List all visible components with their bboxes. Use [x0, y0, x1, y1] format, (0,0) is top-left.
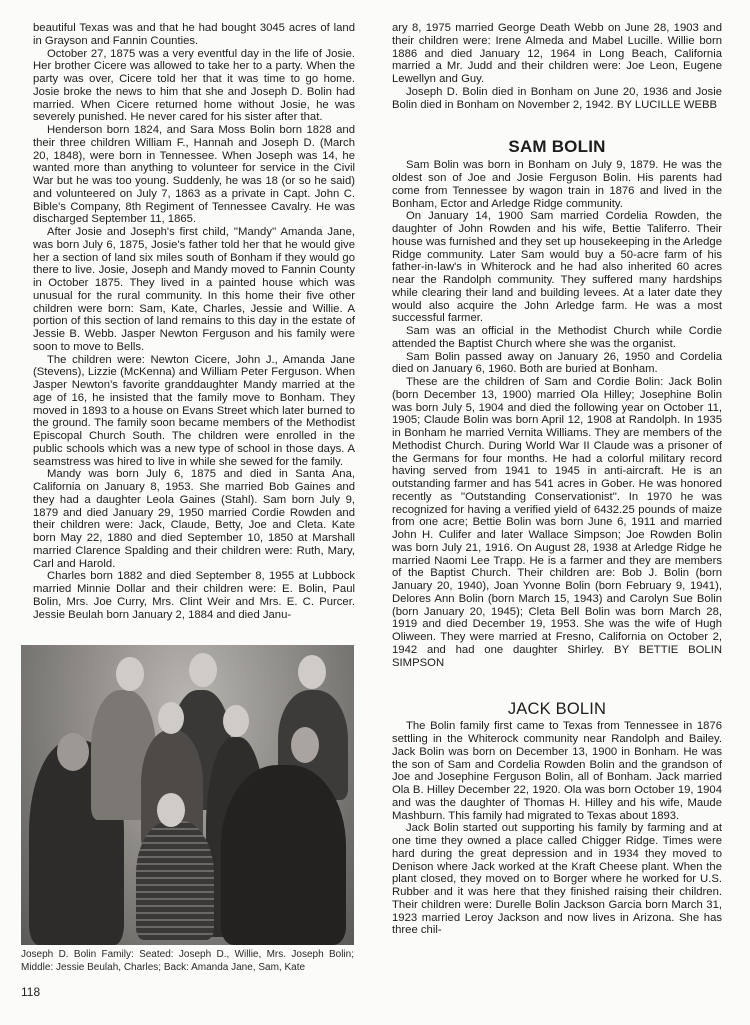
figure-seated-mother	[221, 765, 346, 945]
left-column: beautiful Texas was and that he had boug…	[33, 22, 355, 621]
paragraph: October 27, 1875 was a very eventful day…	[33, 48, 355, 125]
paragraph: Sam was an official in the Methodist Chu…	[392, 325, 722, 351]
figure-head	[157, 793, 185, 827]
paragraph: Joseph D. Bolin died in Bonham on June 2…	[392, 86, 722, 112]
paragraph: Mandy was born July 6, 1875 and died in …	[33, 468, 355, 570]
figure-head	[116, 657, 144, 691]
paragraph: The Bolin family first came to Texas fro…	[392, 720, 722, 822]
paragraph: On January 14, 1900 Sam married Cordelia…	[392, 210, 722, 325]
paragraph: The children were: Newton Cicere, John J…	[33, 354, 355, 469]
paragraph: Jack Bolin started out supporting his fa…	[392, 822, 722, 937]
paragraph: Henderson born 1824, and Sara Moss Bolin…	[33, 124, 355, 226]
paragraph: After Josie and Joseph's first child, ''…	[33, 226, 355, 354]
figure-head	[291, 727, 319, 763]
page-number: 118	[21, 985, 40, 999]
paragraph: beautiful Texas was and that he had boug…	[33, 22, 355, 48]
figure-head	[223, 705, 249, 737]
family-photo	[21, 645, 354, 945]
section-title-sam-bolin: SAM BOLIN	[392, 137, 722, 157]
photo-caption: Joseph D. Bolin Family: Seated: Joseph D…	[21, 949, 354, 974]
section-title-jack-bolin: JACK BOLIN	[392, 699, 722, 719]
right-column: ary 8, 1975 married George Death Webb on…	[392, 22, 722, 937]
figure-head	[189, 653, 217, 687]
paragraph: Charles born 1882 and died September 8, …	[33, 570, 355, 621]
figure-head	[298, 655, 326, 689]
paragraph: These are the children of Sam and Cordie…	[392, 376, 722, 669]
paragraph: Sam Bolin was born in Bonham on July 9, …	[392, 159, 722, 210]
paragraph: Sam Bolin passed away on January 26, 195…	[392, 351, 722, 377]
figure-seated-child	[136, 820, 214, 940]
paragraph: ary 8, 1975 married George Death Webb on…	[392, 22, 722, 86]
figure-head	[57, 733, 89, 771]
figure-head	[158, 702, 184, 734]
